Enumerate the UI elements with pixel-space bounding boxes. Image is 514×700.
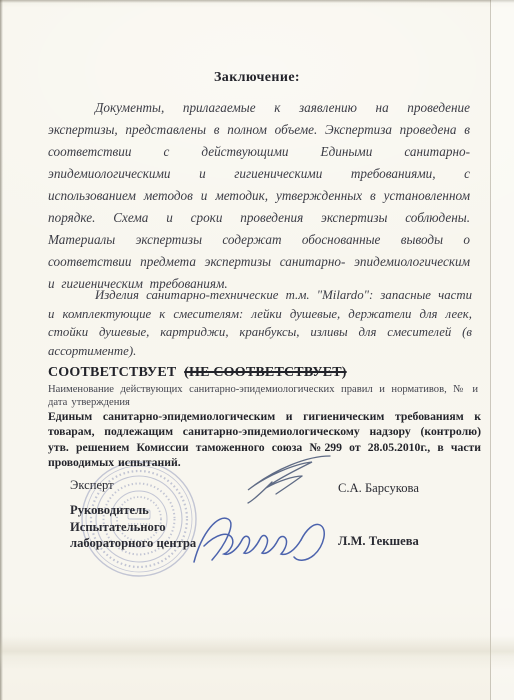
verdict-line: СООТВЕТСТВУЕТ (НЕ СООТВЕТСТВУЕТ)	[48, 365, 347, 381]
signer-name-expert: С.А. Барсукова	[338, 481, 419, 496]
product-description-paragraph: Изделия санитарно-технические т.м. "Mila…	[48, 286, 472, 360]
document-title: Заключение:	[0, 70, 514, 86]
signer-role-expert: Эксперт	[70, 477, 114, 494]
signature-expert	[238, 450, 340, 506]
scan-edge-left	[0, 0, 3, 700]
paper-crease	[0, 636, 514, 670]
scanned-document-page: Заключение: Документы, прилагаемые к зая…	[0, 0, 514, 700]
scan-edge-right-pane	[491, 0, 514, 700]
verdict-matches-label: СООТВЕТСТВУЕТ	[48, 365, 176, 380]
verdict-not-matches-struck-label: (НЕ СООТВЕТСТВУЕТ)	[184, 365, 347, 380]
scan-edge-right-line	[490, 0, 491, 700]
signature-lab-head	[186, 510, 338, 570]
signer-name-lab-head: Л.М. Текшева	[338, 534, 419, 549]
scan-edge-top	[0, 0, 514, 3]
regulations-caption: Наименование действующих санитарно-эпиде…	[48, 384, 478, 410]
conclusion-paragraph: Документы, прилагаемые к заявлению на пр…	[48, 97, 470, 295]
